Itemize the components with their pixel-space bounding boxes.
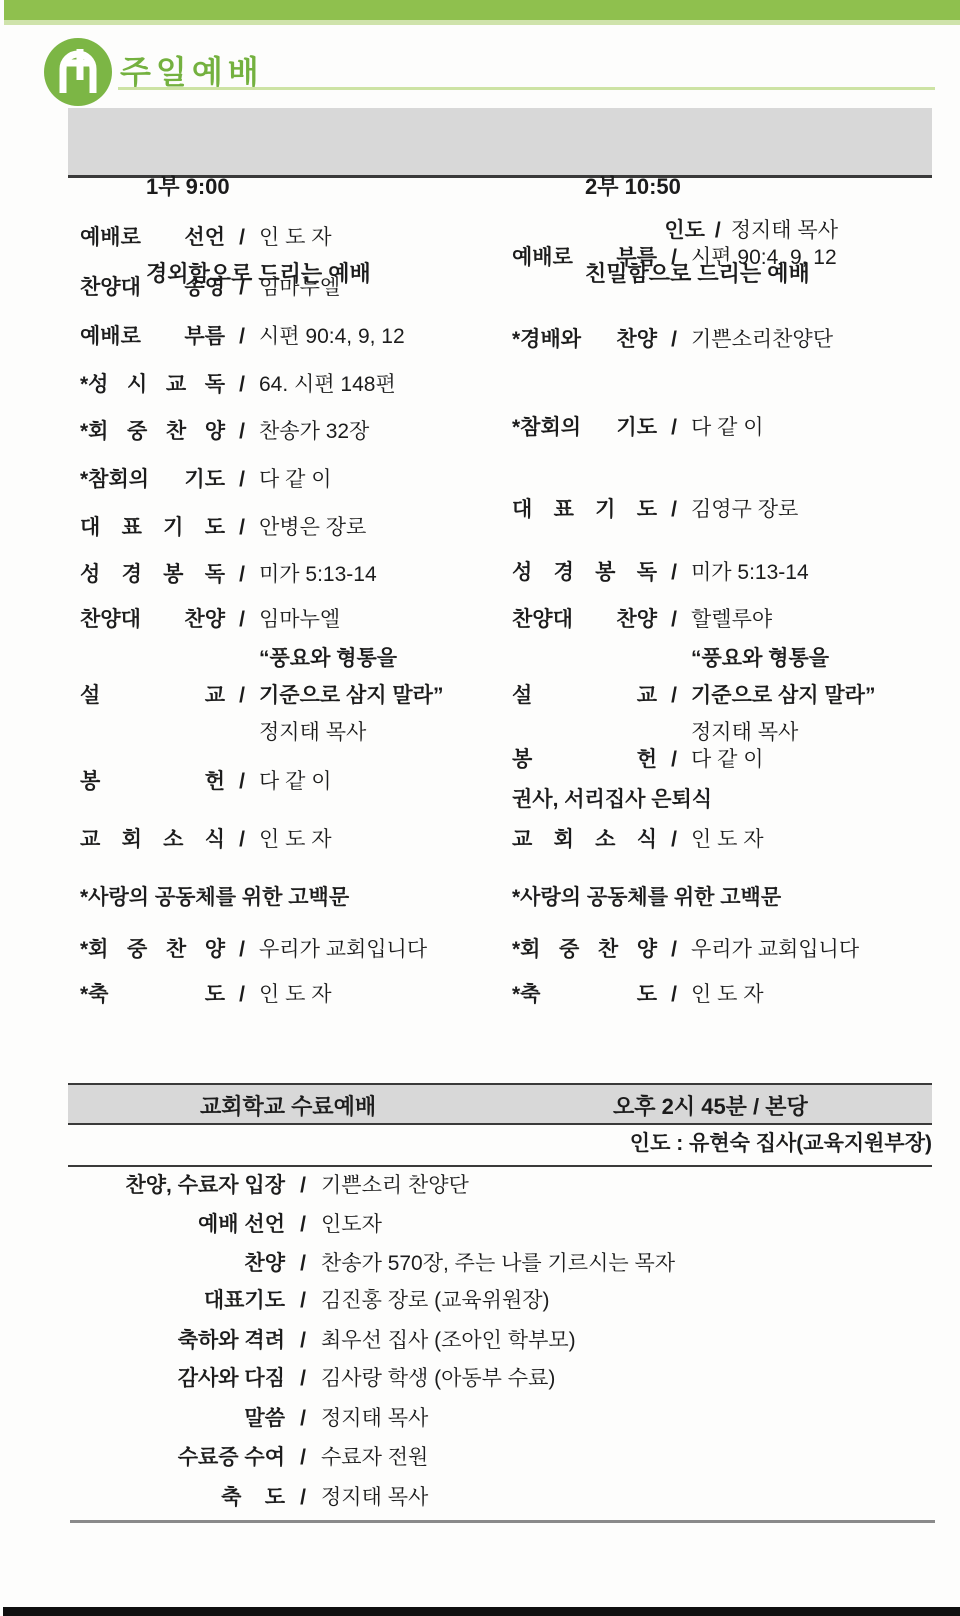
slash-separator: / [657,605,691,635]
order-value: 시편 90:4, 9, 12 [259,322,484,352]
order-label: 성 경 봉 독 [80,560,225,590]
slash-separator: / [657,681,691,711]
sermon-title-line1: “풍요와 형통을 [259,640,484,677]
slash-separator: / [225,223,259,253]
order-row: 찬양, 수료자 입장/기쁜소리 찬양단 [80,1171,938,1201]
order-value: 인 도 자 [691,980,944,1010]
order-row: 감사와 다짐/김사랑 학생 (아동부 수료) [80,1364,938,1394]
order-label: 수료증 수여 [80,1443,285,1473]
first-service-order: 예배로 선언/인 도 자 찬양대 송영/임마누엘 예배로 부름/시편 90:4,… [80,178,484,1028]
slash-separator: / [225,980,259,1010]
order-value: 정지태 목사 [321,1404,938,1434]
order-label: 축하와 격려 [80,1326,285,1356]
order-label: 교 회 소 식 [512,825,657,855]
order-value: 우리가 교회입니다 [691,935,944,965]
slash-separator: / [225,935,259,965]
slash-separator: / [225,605,259,635]
order-label: 대 표 기 도 [512,495,657,525]
order-label: 예배로 부름 [512,243,657,273]
bulletin-page: 주일예배 1부 9:00 경외함으로 드리는 예배 2부 10:50 친밀함으로… [0,0,960,1616]
order-value: 인 도 자 [691,825,944,855]
church-logo-icon [42,36,114,108]
slash-separator: / [285,1326,321,1356]
order-row: 예배 선언/인도자 [80,1210,938,1240]
order-value: 임마누엘 [259,273,484,303]
order-row: *회 중 찬 양/우리가 교회입니다 [80,935,484,965]
confession-note: *사랑의 공동체를 위한 고백문 [80,883,349,913]
order-row: 찬양대 찬양/임마누엘 [80,605,484,635]
title-underline [118,87,935,90]
slash-separator: / [657,935,691,965]
order-label: 예배 선언 [80,1210,285,1240]
slash-separator: / [657,558,691,588]
slash-separator: / [225,681,259,711]
slash-separator: / [225,513,259,543]
leader-value: 정지태 목사 [731,219,838,242]
order-row: 찬양대 찬양/할렐루야 [512,605,944,635]
slash-separator: / [225,825,259,855]
sermon-title-line2: 기준으로 삼지 말라” [259,677,484,714]
slash-separator: / [285,1286,321,1316]
order-value: 할렐루야 [691,605,944,635]
order-row: *축 도/인 도 자 [80,980,484,1010]
order-row: *회 중 찬 양/찬송가 32장 [80,417,484,447]
order-label: *회 중 찬 양 [512,935,657,965]
order-row: *축 도/인 도 자 [512,980,944,1010]
order-row: *경배와 찬양/기쁜소리찬양단 [512,325,944,355]
order-value: 다 같 이 [259,767,484,797]
order-row: 축 도/정지태 목사 [80,1483,938,1513]
order-label: 찬양 [80,1249,285,1279]
top-green-band [4,0,960,25]
order-label: *경배와 찬양 [512,325,657,355]
order-label: 말씀 [80,1404,285,1434]
order-label: *성 시 교 독 [80,370,225,400]
order-row: 대 표 기 도/안병은 장로 [80,513,484,543]
slash-separator: / [225,465,259,495]
order-label: 교 회 소 식 [80,825,225,855]
sermon-value: “풍요와 형통을 기준으로 삼지 말라” 정지태 목사 [259,640,484,751]
order-row: *회 중 찬 양/우리가 교회입니다 [512,935,944,965]
order-row: 예배로 부름/시편 90:4, 9, 12 [512,243,944,273]
closing-rule [70,1520,935,1523]
order-label: 봉 헌 [512,745,657,775]
slash-separator: / [285,1404,321,1434]
sermon-title-line1: “풍요와 형통을 [691,640,944,677]
order-label: 예배로 선언 [80,223,225,253]
slash-separator: / [657,980,691,1010]
slash-separator: / [657,495,691,525]
order-value: 최우선 집사 (조아인 학부모) [321,1326,938,1356]
leader-label: 인도 [664,219,705,242]
slash-separator: / [657,745,691,775]
order-value: 수료자 전원 [321,1443,938,1473]
order-value: 시편 90:4, 9, 12 [691,243,944,273]
slash-separator: / [657,413,691,443]
order-value: 김진홍 장로 (교육위원장) [321,1286,938,1316]
order-label: *축 도 [80,980,225,1010]
order-value: 임마누엘 [259,605,484,635]
order-value: 안병은 장로 [259,513,484,543]
order-value: 찬송가 32장 [259,417,484,447]
slash-separator: / [285,1443,321,1473]
order-label: 대표기도 [80,1286,285,1316]
slash-separator: / [657,825,691,855]
slash-separator: / [225,767,259,797]
order-row: 성 경 봉 독/미가 5:13-14 [512,558,944,588]
order-row: 봉 헌/다 같 이 [80,767,484,797]
order-row: 수료증 수여/수료자 전원 [80,1443,938,1473]
sermon-title-line2: 기준으로 삼지 말라” [691,677,944,714]
completion-order: 찬양, 수료자 입장/기쁜소리 찬양단 예배 선언/인도자 찬양/찬송가 570… [80,1165,938,1525]
bottom-page-edge [3,1607,960,1616]
order-row: 대표기도/김진홍 장로 (교육위원장) [80,1286,938,1316]
order-value: 다 같 이 [691,745,944,775]
services-header-bar: 1부 9:00 경외함으로 드리는 예배 2부 10:50 친밀함으로 드리는 … [68,108,932,178]
order-value: 미가 5:13-14 [259,560,484,590]
order-value: 다 같 이 [259,465,484,495]
order-value: 64. 시편 148편 [259,370,484,400]
order-label: *회 중 찬 양 [80,417,225,447]
order-value: 찬송가 570장, 주는 나를 기르시는 목자 [321,1249,938,1279]
completion-time-place: 오후 2시 45분 / 본당 [613,1090,808,1121]
slash-separator: / [225,322,259,352]
slash-separator: / [657,325,691,355]
sermon-speaker: 정지태 목사 [259,714,484,751]
slash-separator: / [285,1210,321,1240]
order-value: 미가 5:13-14 [691,558,944,588]
order-label: *참회의 기도 [80,465,225,495]
order-row: 찬양대 송영/임마누엘 [80,273,484,303]
slash-separator: / [225,560,259,590]
order-label: 예배로 부름 [80,322,225,352]
slash-separator: / [225,417,259,447]
order-label: 찬양, 수료자 입장 [80,1171,285,1201]
order-value: 인 도 자 [259,980,484,1010]
order-row: 교 회 소 식/인 도 자 [512,825,944,855]
order-value: 김사랑 학생 (아동부 수료) [321,1364,938,1394]
order-row: 교 회 소 식/인 도 자 [80,825,484,855]
sermon-row: 설 교 / “풍요와 형통을 기준으로 삼지 말라” 정지태 목사 [80,640,484,751]
order-label: 축 도 [80,1483,285,1513]
order-label: *참회의 기도 [512,413,657,443]
order-label: 설 교 [80,681,225,711]
order-label: 찬양대 찬양 [512,605,657,635]
second-service-order: 인도/정지태 목사 예배로 부름/시편 90:4, 9, 12 *경배와 찬양/… [512,178,944,1028]
slash-separator: / [285,1483,321,1513]
sermon-value: “풍요와 형통을 기준으로 삼지 말라” 정지태 목사 [691,640,944,751]
order-value: 인 도 자 [259,223,484,253]
slash-separator: / [285,1171,321,1201]
order-value: 다 같 이 [691,413,944,443]
order-row: 축하와 격려/최우선 집사 (조아인 학부모) [80,1326,938,1356]
order-row: 찬양/찬송가 570장, 주는 나를 기르시는 목자 [80,1249,938,1279]
order-value: 기쁜소리 찬양단 [321,1171,938,1201]
order-value: 정지태 목사 [321,1483,938,1513]
completion-header-bar: 교회학교 수료예배 오후 2시 45분 / 본당 [68,1083,932,1125]
confession-note: *사랑의 공동체를 위한 고백문 [512,883,781,913]
order-label: 봉 헌 [80,767,225,797]
slash-separator: / [657,243,691,273]
sermon-row: 설 교 / “풍요와 형통을 기준으로 삼지 말라” 정지태 목사 [512,640,944,751]
order-label: *축 도 [512,980,657,1010]
order-row: 대 표 기 도/김영구 장로 [512,495,944,525]
order-value: 인 도 자 [259,825,484,855]
order-label: 찬양대 송영 [80,273,225,303]
completion-title: 교회학교 수료예배 [200,1090,376,1121]
order-row: 예배로 부름/시편 90:4, 9, 12 [80,322,484,352]
order-label: 성 경 봉 독 [512,558,657,588]
order-value: 김영구 장로 [691,495,944,525]
slash-separator: / [285,1249,321,1279]
slash-separator: / [285,1364,321,1394]
order-row: 봉 헌/다 같 이 [512,745,944,775]
slash-separator: / [225,273,259,303]
order-label: *회 중 찬 양 [80,935,225,965]
order-label: 대 표 기 도 [80,513,225,543]
slash-separator: / [705,219,731,242]
retirement-note: 권사, 서리집사 은퇴식 [512,785,712,815]
order-label: 찬양대 찬양 [80,605,225,635]
order-value: 인도자 [321,1210,938,1240]
completion-leader: 인도 : 유현숙 집사(교육지원부장) [68,1129,932,1159]
order-row: *참회의 기도/다 같 이 [512,413,944,443]
order-row: 예배로 선언/인 도 자 [80,223,484,253]
order-row: 성 경 봉 독/미가 5:13-14 [80,560,484,590]
order-row: *참회의 기도/다 같 이 [80,465,484,495]
order-label: 설 교 [512,681,657,711]
order-label: 감사와 다짐 [80,1364,285,1394]
order-row: *성 시 교 독/64. 시편 148편 [80,370,484,400]
order-value: 우리가 교회입니다 [259,935,484,965]
order-value: 기쁜소리찬양단 [691,325,944,355]
order-row: 말씀/정지태 목사 [80,1404,938,1434]
slash-separator: / [225,370,259,400]
